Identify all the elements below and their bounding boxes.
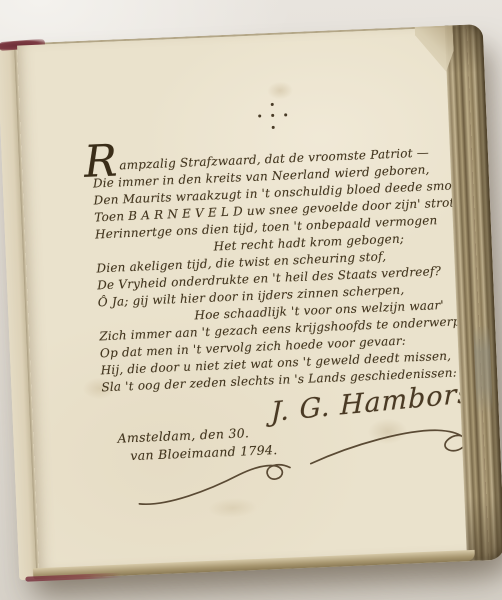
dots-ornament [256,100,291,135]
poem-text: Rampzalig Strafzwaard, dat de vroomste P… [84,142,486,396]
date-flourish [133,454,303,511]
signature-flourish [305,417,479,472]
ornament-dot [271,103,274,106]
foxing-stain [267,81,294,100]
ornament-dot [271,114,274,117]
ornament-dot [258,114,261,117]
manuscript-page: Rampzalig Strafzwaard, dat de vroomste P… [17,28,467,569]
scan-background: Rampzalig Strafzwaard, dat de vroomste P… [0,0,502,600]
book: Rampzalig Strafzwaard, dat de vroomste P… [0,24,502,580]
ornament-dot [284,113,287,116]
ornament-dot [272,126,275,129]
edge-gray-patch [473,324,493,415]
